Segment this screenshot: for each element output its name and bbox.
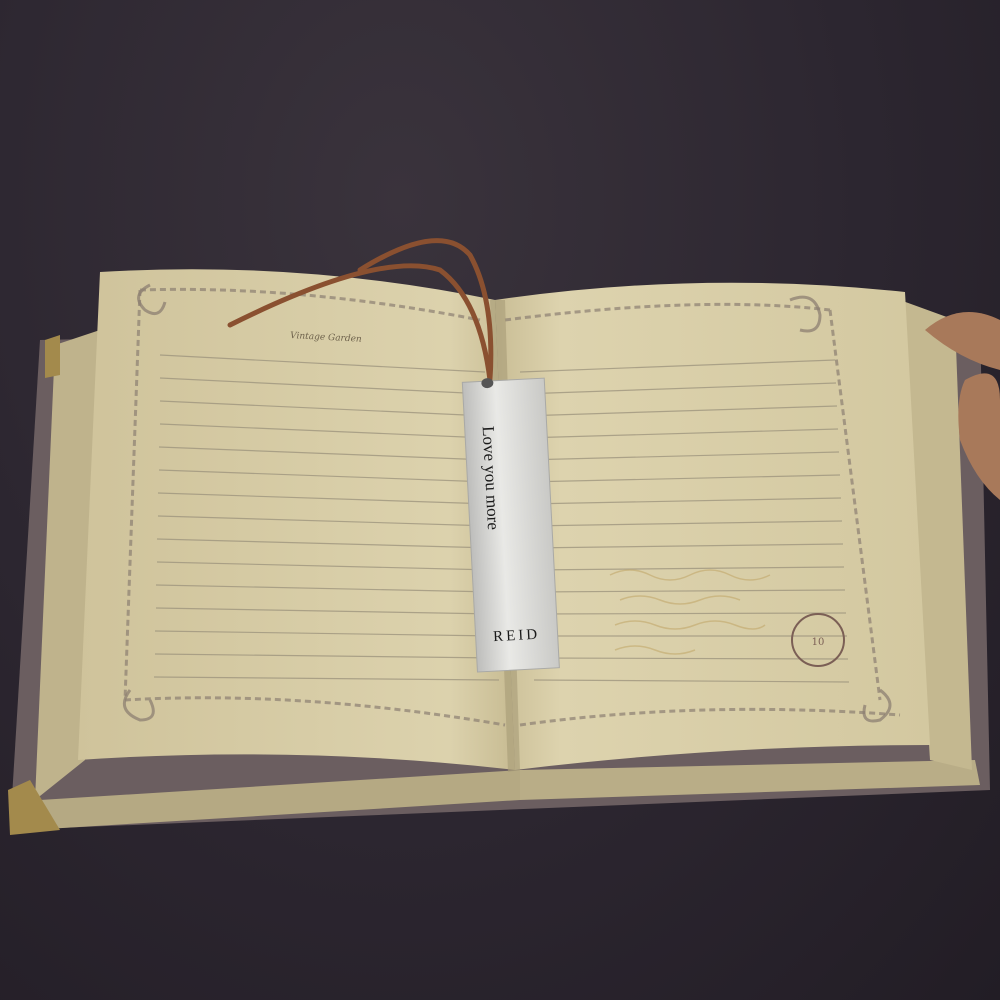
svg-text:10: 10 <box>812 637 825 648</box>
journal-illustration: Vintage Garden 10 Love you more REID <box>0 0 1000 1000</box>
right-page <box>495 283 930 770</box>
engraved-bookmark: Love you more REID <box>462 375 559 672</box>
brass-corner-icon <box>45 335 60 378</box>
bookmark-name: REID <box>493 627 541 645</box>
